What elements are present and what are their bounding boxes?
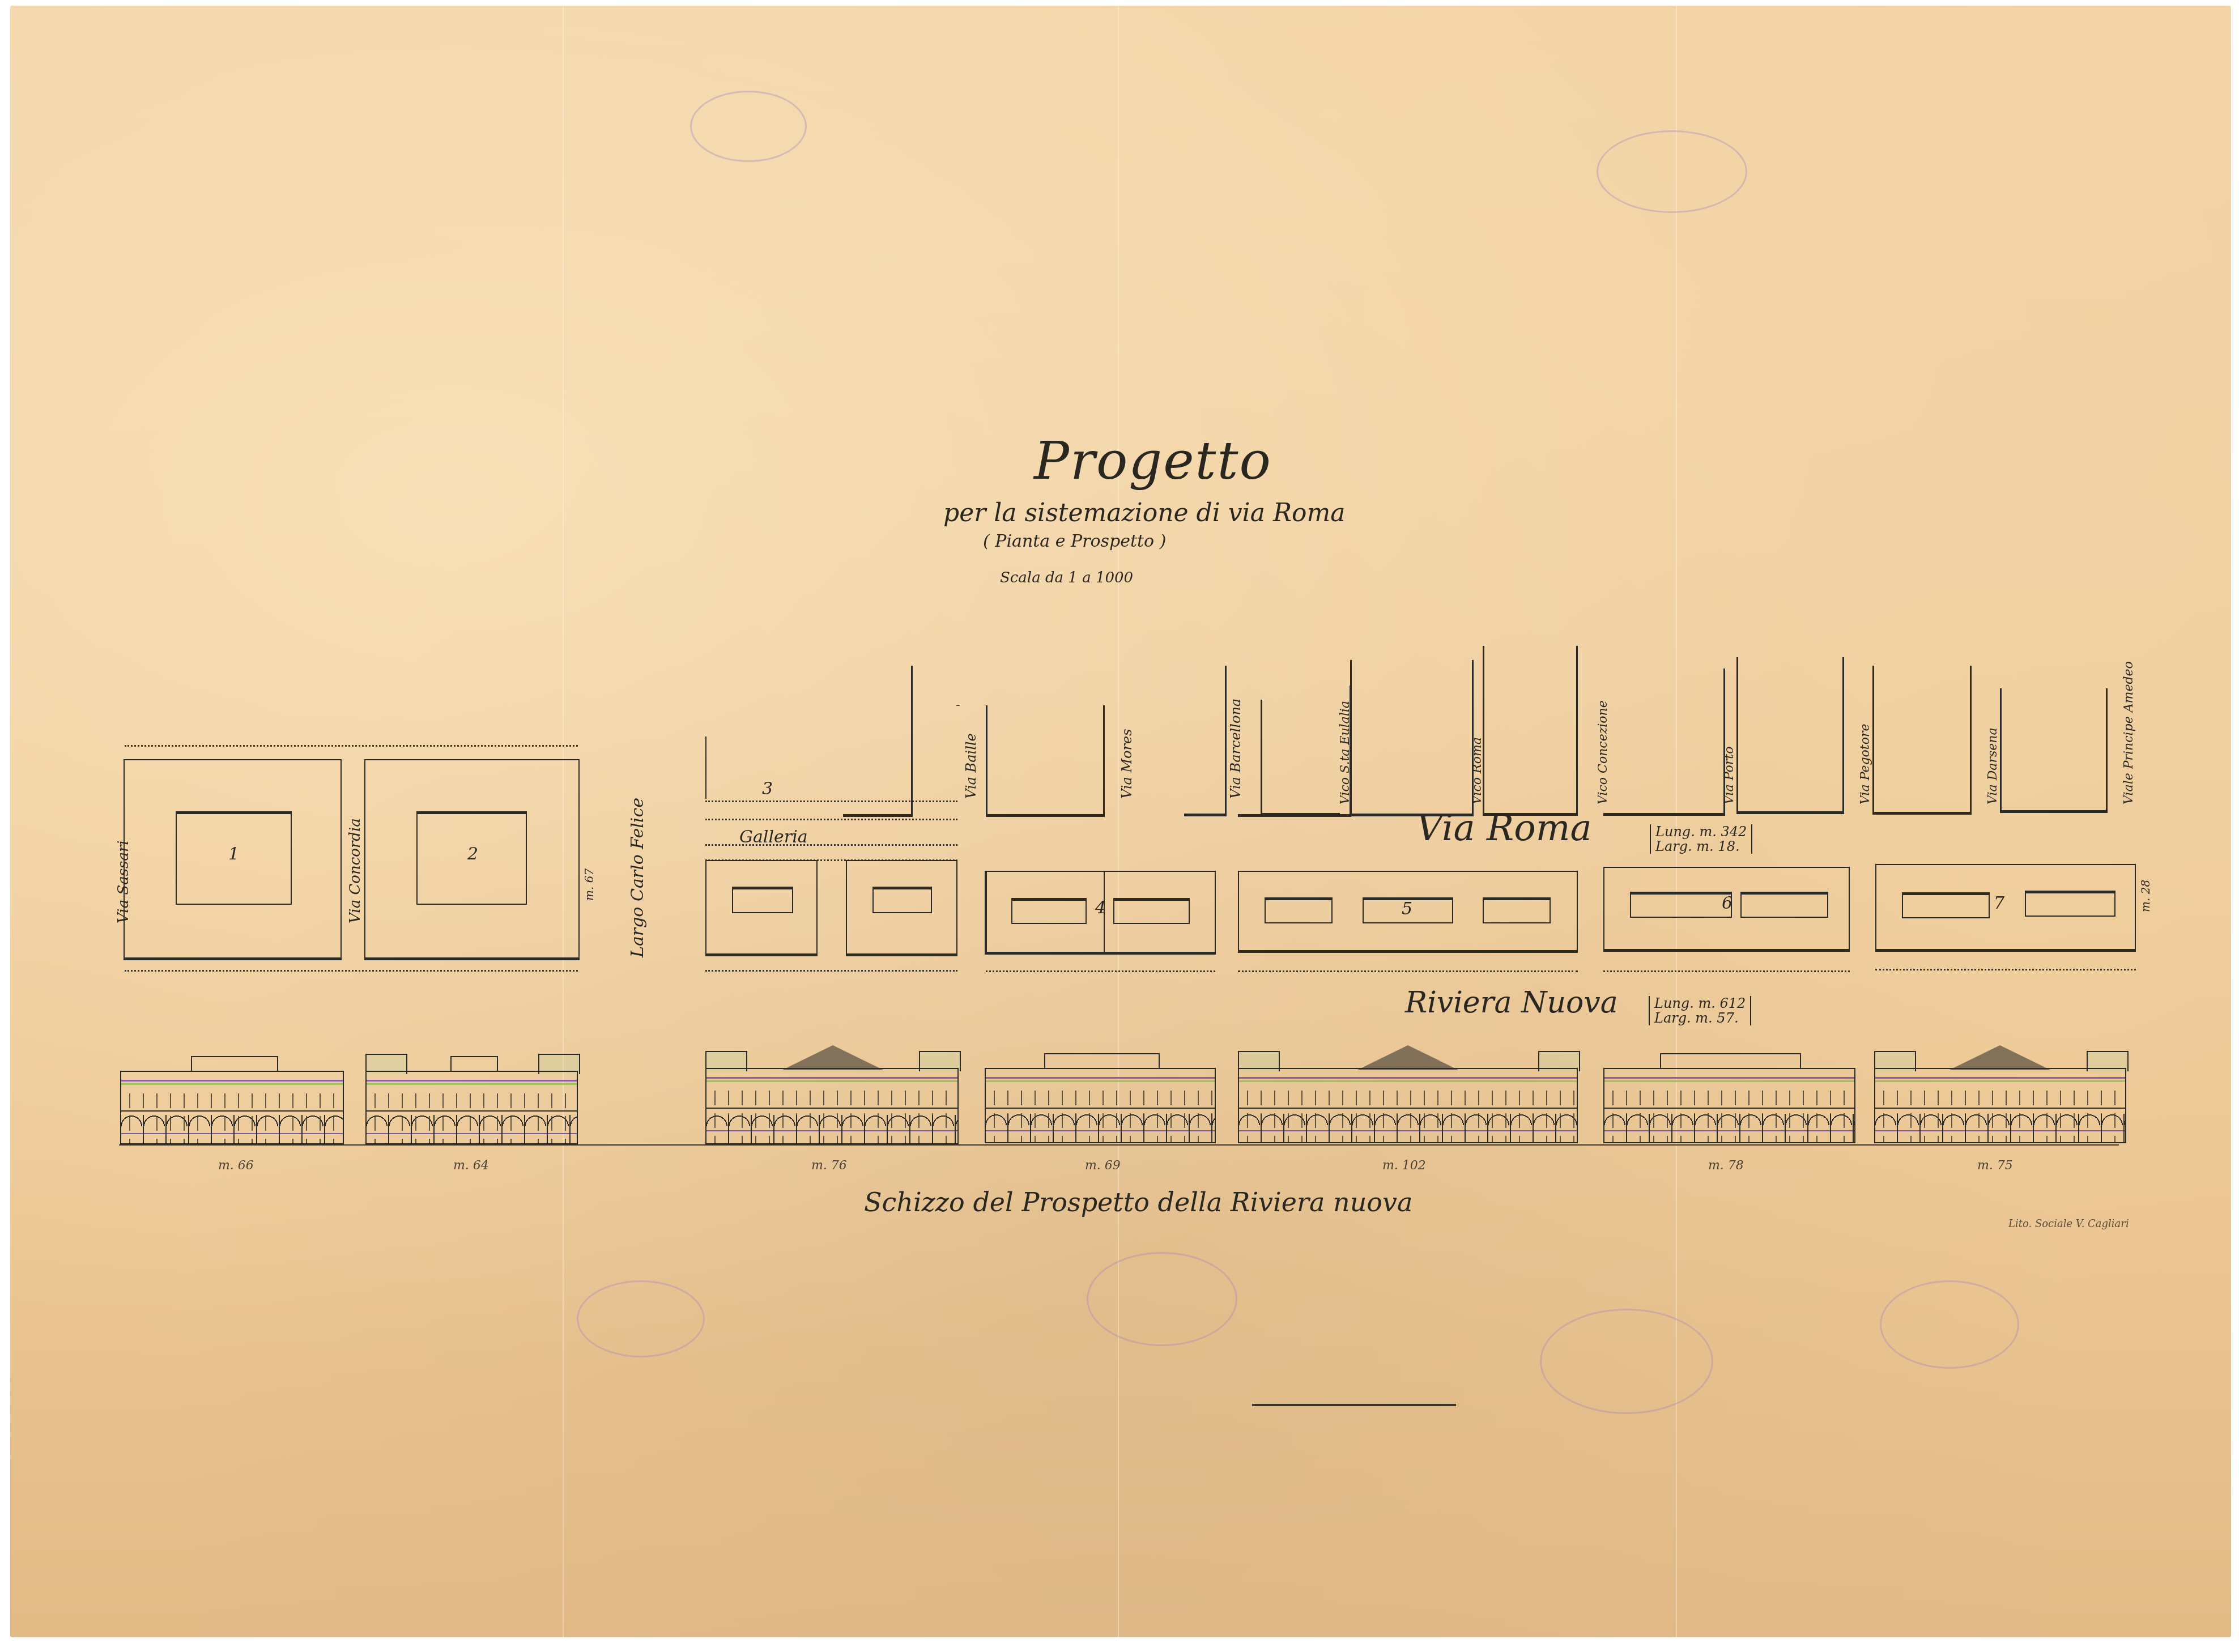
water-stain [1087,1252,1237,1346]
elevation-building-7 [1874,1051,2126,1143]
scale-bar [1252,1404,1456,1406]
block-7-dimension: m. 28 [2139,880,2152,912]
arcade [365,1104,578,1144]
riviera-dimensions: Lung. m. 612 Larg. m. 57. [1649,996,1751,1025]
arcade-line [1603,970,1850,972]
building-wall [843,666,913,817]
courtyard [732,887,793,913]
arcade [705,1104,959,1144]
building-wall [1872,666,1972,815]
block-2-dimension: m. 67 [582,868,596,901]
attic [1660,1053,1801,1069]
building-wall [1483,646,1578,816]
via-roma-width: Larg. m. 18. [1655,839,1747,854]
document-title: Progetto [1034,431,1272,491]
document-subtitle-plan: ( Pianta e Prospetto ) [983,531,1166,551]
arcade-line [705,801,957,802]
water-stain [690,91,807,162]
elevation-building-1 [120,1054,344,1144]
block-number: 4 [1095,898,1106,918]
scale-label: Scala da 1 a 1000 [1000,569,1133,586]
courtyard [1630,892,1732,918]
elevation-width-3: m. 76 [811,1159,847,1173]
attic [1044,1053,1160,1069]
ground-line [119,1144,2119,1146]
courtyard [872,887,932,913]
elevation-caption: Schizzo del Prospetto della Riviera nuov… [864,1187,1412,1217]
arcade-line [1238,970,1578,972]
building-wall [1603,669,1725,816]
street-label-via-darsena: Via Darsena [1986,727,2000,804]
street-label-vico-roma: Vico Roma [1470,737,1484,804]
arcade-line [125,745,578,747]
elevation-width-6: m. 78 [1708,1159,1744,1173]
elevation-building-3 [705,1051,959,1144]
paper-fold [1118,6,1119,1637]
lithographer-signature: Lito. Sociale V. Cagliari [2008,1218,2129,1230]
elevation-building-6 [1603,1051,1855,1143]
courtyard [1011,898,1087,924]
courtyard [1902,892,1990,918]
arcade-line [125,970,578,972]
arcade [1603,1102,1855,1143]
street-label-via-baille: Via Baille [963,733,979,799]
street-label-via-sassari: Via Sassari [115,840,132,923]
arcade-line [986,970,1215,972]
document-subtitle: per la sistemazione di via Roma [943,499,1345,527]
building-wall [986,705,1105,817]
block-number: 7 [1994,893,2004,913]
street-label-via-mores: Via Mores [1119,729,1135,799]
paper-sheet [10,6,2231,1637]
building-wall [1238,686,1351,817]
via-roma-length: Lung. m. 342 [1655,824,1747,839]
arcade [120,1104,344,1144]
street-label-vico-santa-eulalia: Vico S.ta Eulalia [1338,701,1352,804]
courtyard [1483,897,1551,923]
elevation-building-5 [1238,1051,1578,1143]
arcade-line [705,970,957,972]
courtyard [2025,891,2115,917]
pediment [1949,1045,2051,1070]
riviera-width: Larg. m. 57. [1654,1011,1746,1025]
elevation-width-1: m. 66 [218,1159,254,1173]
arcade [985,1102,1216,1143]
attic [191,1056,278,1072]
galleria-label: Galleria [739,827,808,847]
street-label-via-porto: Via Porto [1722,747,1736,804]
arcade-line [705,819,957,820]
arcade [1874,1102,2126,1143]
block-5: 5 [1238,871,1578,953]
street-label-via-barcellona: Via Barcellona [1228,699,1244,799]
street-label-via-concordia: Via Concordia [347,818,364,923]
block-number: 6 [1722,893,1733,913]
building-wall [1184,666,1227,816]
elevation-building-2 [365,1054,578,1144]
block-3-south-east [846,860,957,956]
courtyard [1740,892,1828,918]
riviera-length: Lung. m. 612 [1654,996,1746,1011]
building-wall [2000,688,2108,813]
building-wall [956,705,960,706]
block-6: 6 [1603,867,1850,952]
courtyard [1113,898,1190,924]
block-2: 2 [364,759,580,960]
street-label-vico-concezione: Vico Concezione [1596,700,1610,804]
water-stain [577,1280,705,1357]
street-label-viale-principe-amedeo: Viale Principe Amedeo [2122,661,2136,804]
courtyard [1265,897,1333,923]
water-stain [1880,1280,2019,1369]
elevation-width-5: m. 102 [1382,1159,1426,1173]
street-label-largo-carlo-felice: Largo Carlo Felice [628,798,648,957]
block-number: 2 [467,844,478,864]
block-number: 5 [1402,899,1412,919]
arcade [1238,1102,1578,1143]
street-label-via-pegotore: Via Pegotore [1858,724,1872,804]
block-3-edge [705,736,706,799]
water-stain [1597,130,1747,213]
water-stain [1540,1309,1713,1414]
block-number: 3 [762,779,773,799]
pediment [1357,1045,1459,1070]
block-1: 1 [124,759,342,960]
via-roma-dimensions: Lung. m. 342 Larg. m. 18. [1650,824,1752,854]
pediment [782,1045,884,1070]
elevation-building-4 [985,1051,1216,1143]
block-number: 1 [228,844,239,864]
block-4: 4 [985,871,1216,955]
elevation-width-7: m. 75 [1977,1159,2013,1173]
attic [450,1056,498,1072]
elevation-width-4: m. 69 [1085,1159,1121,1173]
arcade-line [1875,969,2136,970]
block-3-south-west [705,860,818,956]
elevation-width-2: m. 64 [453,1159,489,1173]
building-wall [1350,660,1474,816]
via-roma-label: Via Roma [1416,807,1592,849]
riviera-nuova-label: Riviera Nuova [1405,986,1618,1020]
building-wall [1736,657,1844,814]
block-7: 7 [1875,864,2136,952]
